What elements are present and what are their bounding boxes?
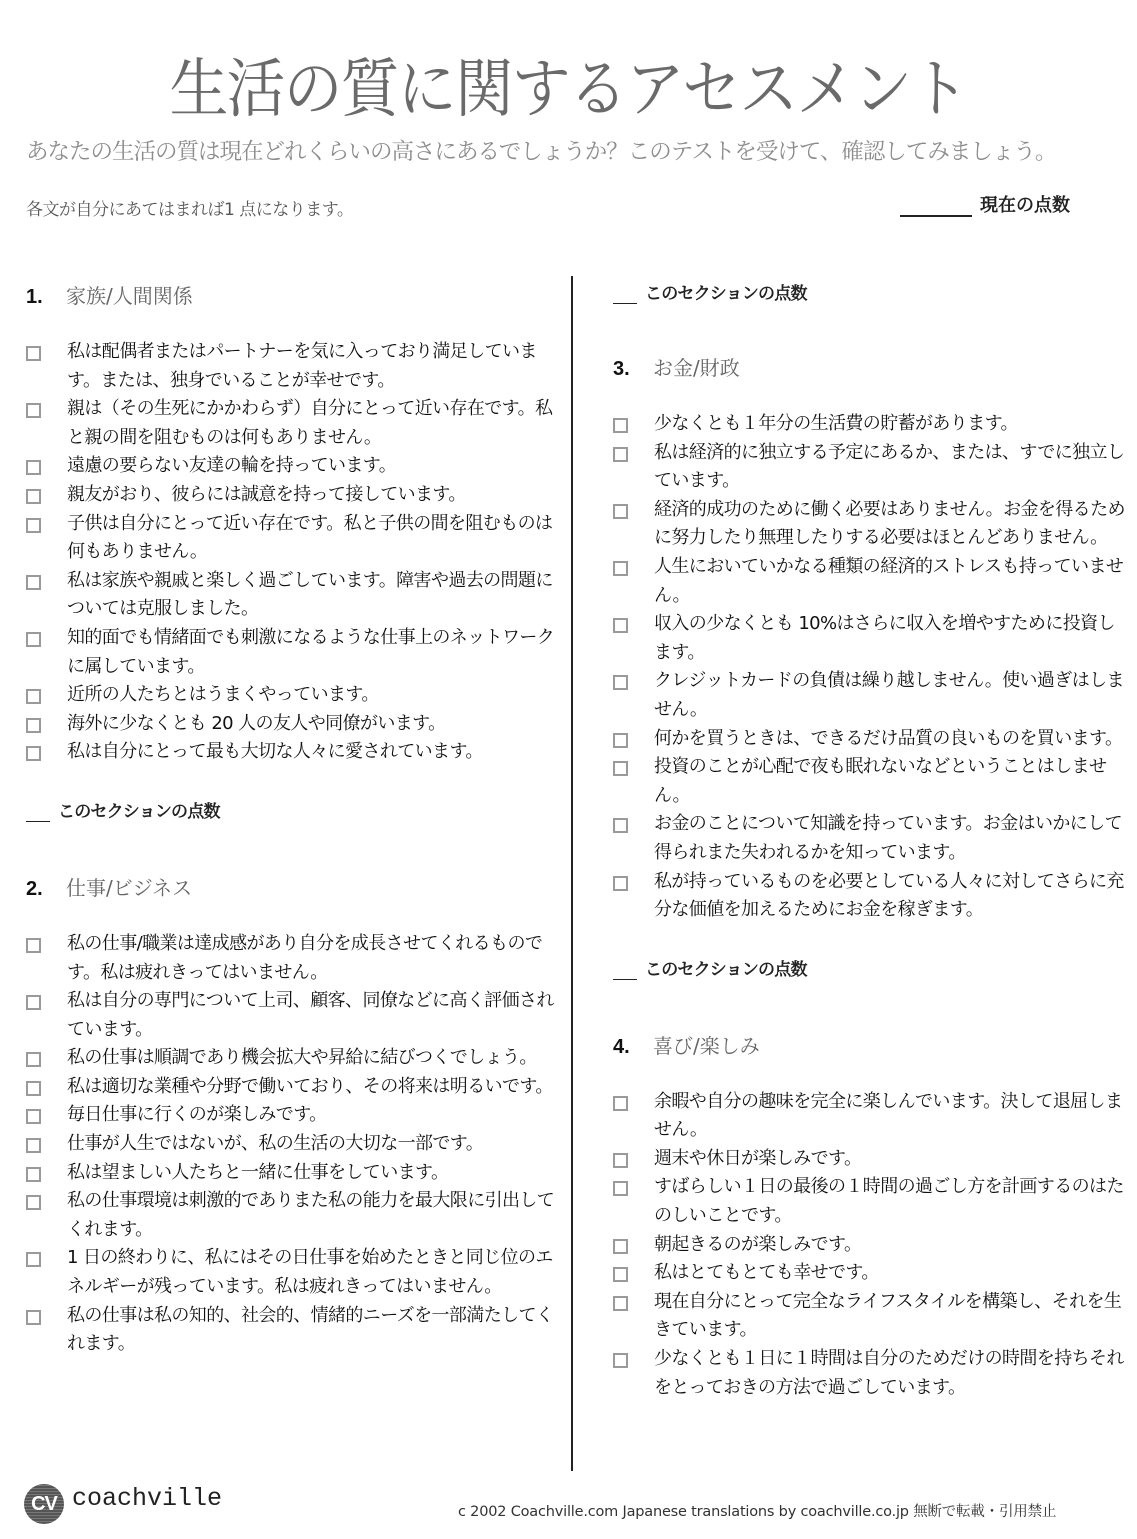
list-item: 私は自分にとって最も大切な人々に愛されています。 [26, 738, 556, 767]
page-title: 生活の質に関するアセスメント [45, 52, 1091, 128]
checkbox[interactable] [613, 1296, 628, 1311]
checkbox[interactable] [26, 938, 41, 953]
list-item: 毎日仕事に行くのが楽しみです。 [26, 1101, 556, 1130]
checklist: 私は配偶者またはパートナーを気に入っており満足しています。または、独身でいること… [26, 338, 556, 767]
cv-logo-icon: CV [24, 1484, 64, 1524]
page-subtitle: あなたの生活の質は現在どれくらいの高さにあるでしょうか？このテストを受けて、確認… [26, 134, 1056, 166]
checkbox[interactable] [26, 346, 41, 361]
checkbox[interactable] [613, 618, 628, 633]
copyright-notice: c 2002 Coachville.com Japanese translati… [458, 1500, 1056, 1521]
list-item: 私は自分の専門について上司、顧客、同僚などに高く評価されています。 [26, 987, 556, 1044]
checkbox[interactable] [613, 504, 628, 519]
section-score: このセクションの点数 [26, 797, 556, 822]
list-item: 朝起きるのが楽しみです。 [613, 1231, 1128, 1260]
list-item: 私は家族や親戚と楽しく過ごしています。障害や過去の問題については克服しました。 [26, 567, 556, 624]
list-item: 私の仕事は順調であり機会拡大や昇給に結びつくでしょう。 [26, 1044, 556, 1073]
list-item: 知的面でも情緒面でも刺激になるような仕事上のネットワークに属しています。 [26, 624, 556, 681]
checkbox[interactable] [613, 1353, 628, 1368]
checkbox[interactable] [26, 1081, 41, 1096]
list-item: 私が持っているものを必要としている人々に対してさらに充分な価値を加えるためにお金… [613, 868, 1128, 925]
list-item: 私は望ましい人たちと一緒に仕事をしています。 [26, 1159, 556, 1188]
checkbox[interactable] [26, 460, 41, 475]
list-item: 親は（その生死にかかわらず）自分にとって近い存在です。私と親の間を阻むものは何も… [26, 395, 556, 452]
checkbox[interactable] [26, 1195, 41, 1210]
list-item: 私は適切な業種や分野で働いており、その将来は明るいです。 [26, 1073, 556, 1102]
checkbox[interactable] [26, 1252, 41, 1267]
right-column: このセクションの点数 3. お金/財政 少なくとも１年分の生活費の貯蓄があります… [613, 279, 1128, 1402]
list-item: 私は経済的に独立する予定にあるか、または、すでに独立しています。 [613, 439, 1128, 496]
list-item: 収入の少なくとも 10%はさらに収入を増やすために投資します。 [613, 610, 1128, 667]
checkbox[interactable] [26, 489, 41, 504]
checkbox[interactable] [613, 447, 628, 462]
list-item: 週末や休日が楽しみです。 [613, 1145, 1128, 1174]
list-item: お金のことについて知識を持っています。お金はいかにして得られまた失われるかを知っ… [613, 810, 1128, 867]
checkbox[interactable] [26, 1052, 41, 1067]
list-item: 近所の人たちとはうまくやっています。 [26, 681, 556, 710]
list-item: 少なくとも１年分の生活費の貯蓄があります。 [613, 410, 1128, 439]
section-number: 2. [26, 878, 66, 901]
scoring-instruction: 各文が自分にあてはまれば1 点になります。 [26, 195, 353, 220]
section-title: 喜び/楽しみ [653, 1030, 760, 1059]
section-number: 3. [613, 358, 653, 381]
list-item: 何かを買うときは、できるだけ品質の良いものを買います。 [613, 725, 1128, 754]
checkbox[interactable] [613, 1153, 628, 1168]
list-item: 遠慮の要らない友達の輪を持っています。 [26, 452, 556, 481]
list-item: 私の仕事環境は刺激的でありまた私の能力を最大限に引出してくれます。 [26, 1187, 556, 1244]
section-score-blank[interactable] [613, 961, 637, 980]
list-item: クレジットカードの負債は繰り越しません。使い過ぎはしません。 [613, 667, 1128, 724]
list-item: 私は配偶者またはパートナーを気に入っており満足しています。または、独身でいること… [26, 338, 556, 395]
checkbox[interactable] [613, 761, 628, 776]
checkbox[interactable] [613, 561, 628, 576]
list-item: すばらしい１日の最後の１時間の過ごし方を計画するのはたのしいことです。 [613, 1173, 1128, 1230]
section-number: 4. [613, 1036, 653, 1059]
checkbox[interactable] [26, 403, 41, 418]
current-score-label: 現在の点数 [980, 191, 1070, 217]
checklist: 余暇や自分の趣味を完全に楽しんでいます。決して退屈しません。 週末や休日が楽しみ… [613, 1088, 1128, 1403]
section-heading: 3. お金/財政 [613, 352, 1128, 380]
section-heading: 2. 仕事/ビジネス [26, 872, 556, 900]
checkbox[interactable] [613, 733, 628, 748]
checkbox[interactable] [26, 1167, 41, 1182]
section-score-blank[interactable] [26, 803, 50, 822]
current-score-blank[interactable] [900, 195, 972, 217]
list-item: 子供は自分にとって近い存在です。私と子供の間を阻むものは何もありません。 [26, 510, 556, 567]
section-score-blank[interactable] [613, 285, 637, 304]
checkbox[interactable] [26, 1138, 41, 1153]
current-score: 現在の点数 [900, 191, 1070, 217]
section-score: このセクションの点数 [613, 279, 1128, 304]
checkbox[interactable] [26, 575, 41, 590]
checkbox[interactable] [613, 1096, 628, 1111]
list-item: 私の仕事は私の知的、社会的、情緒的ニーズを一部満たしてくれます。 [26, 1302, 556, 1359]
list-item: 人生においていかなる種類の経済的ストレスも持っていません。 [613, 553, 1128, 610]
checkbox[interactable] [26, 632, 41, 647]
checklist: 少なくとも１年分の生活費の貯蓄があります。 私は経済的に独立する予定にあるか、ま… [613, 410, 1128, 925]
section-heading: 1. 家族/人間関係 [26, 280, 556, 308]
checkbox[interactable] [613, 876, 628, 891]
list-item: 経済的成功のために働く必要はありません。お金を得るために努力したり無理したりする… [613, 496, 1128, 553]
list-item: 投資のことが心配で夜も眠れないなどということはしません。 [613, 753, 1128, 810]
column-divider [571, 276, 573, 1471]
list-item: 1 日の終わりに、私にはその日仕事を始めたときと同じ位のエネルギーが残っています… [26, 1244, 556, 1301]
checkbox[interactable] [26, 995, 41, 1010]
checkbox[interactable] [613, 418, 628, 433]
checkbox[interactable] [26, 1109, 41, 1124]
left-column: 1. 家族/人間関係 私は配偶者またはパートナーを気に入っており満足しています。… [26, 280, 556, 1359]
list-item: 私の仕事/職業は達成感があり自分を成長させてくれるものです。私は疲れきってはいま… [26, 930, 556, 987]
section-title: 仕事/ビジネス [66, 872, 192, 901]
list-item: 余暇や自分の趣味を完全に楽しんでいます。決して退屈しません。 [613, 1088, 1128, 1145]
checkbox[interactable] [613, 1239, 628, 1254]
coachville-logo: CV coachville [24, 1484, 222, 1524]
logo-wordmark: coachville [72, 1484, 222, 1513]
checkbox[interactable] [26, 689, 41, 704]
list-item: 私はとてもとても幸せです。 [613, 1259, 1128, 1288]
list-item: 親友がおり、彼らには誠意を持って接しています。 [26, 481, 556, 510]
section-title: 家族/人間関係 [66, 280, 193, 309]
checkbox[interactable] [26, 746, 41, 761]
list-item: 海外に少なくとも 20 人の友人や同僚がいます。 [26, 710, 556, 739]
checkbox[interactable] [613, 675, 628, 690]
section-title: お金/財政 [653, 352, 740, 381]
checkbox[interactable] [26, 718, 41, 733]
checkbox[interactable] [613, 818, 628, 833]
checkbox[interactable] [613, 1181, 628, 1196]
list-item: 現在自分にとって完全なライフスタイルを構築し、それを生きています。 [613, 1288, 1128, 1345]
list-item: 少なくとも１日に１時間は自分のためだけの時間を持ちそれをとっておきの方法で過ごし… [613, 1345, 1128, 1402]
checkbox[interactable] [26, 1310, 41, 1325]
section-number: 1. [26, 286, 66, 309]
checkbox[interactable] [26, 518, 41, 533]
checklist: 私の仕事/職業は達成感があり自分を成長させてくれるものです。私は疲れきってはいま… [26, 930, 556, 1359]
list-item: 仕事が人生ではないが、私の生活の大切な一部です。 [26, 1130, 556, 1159]
checkbox[interactable] [613, 1267, 628, 1282]
section-heading: 4. 喜び/楽しみ [613, 1030, 1128, 1058]
section-score: このセクションの点数 [613, 955, 1128, 980]
